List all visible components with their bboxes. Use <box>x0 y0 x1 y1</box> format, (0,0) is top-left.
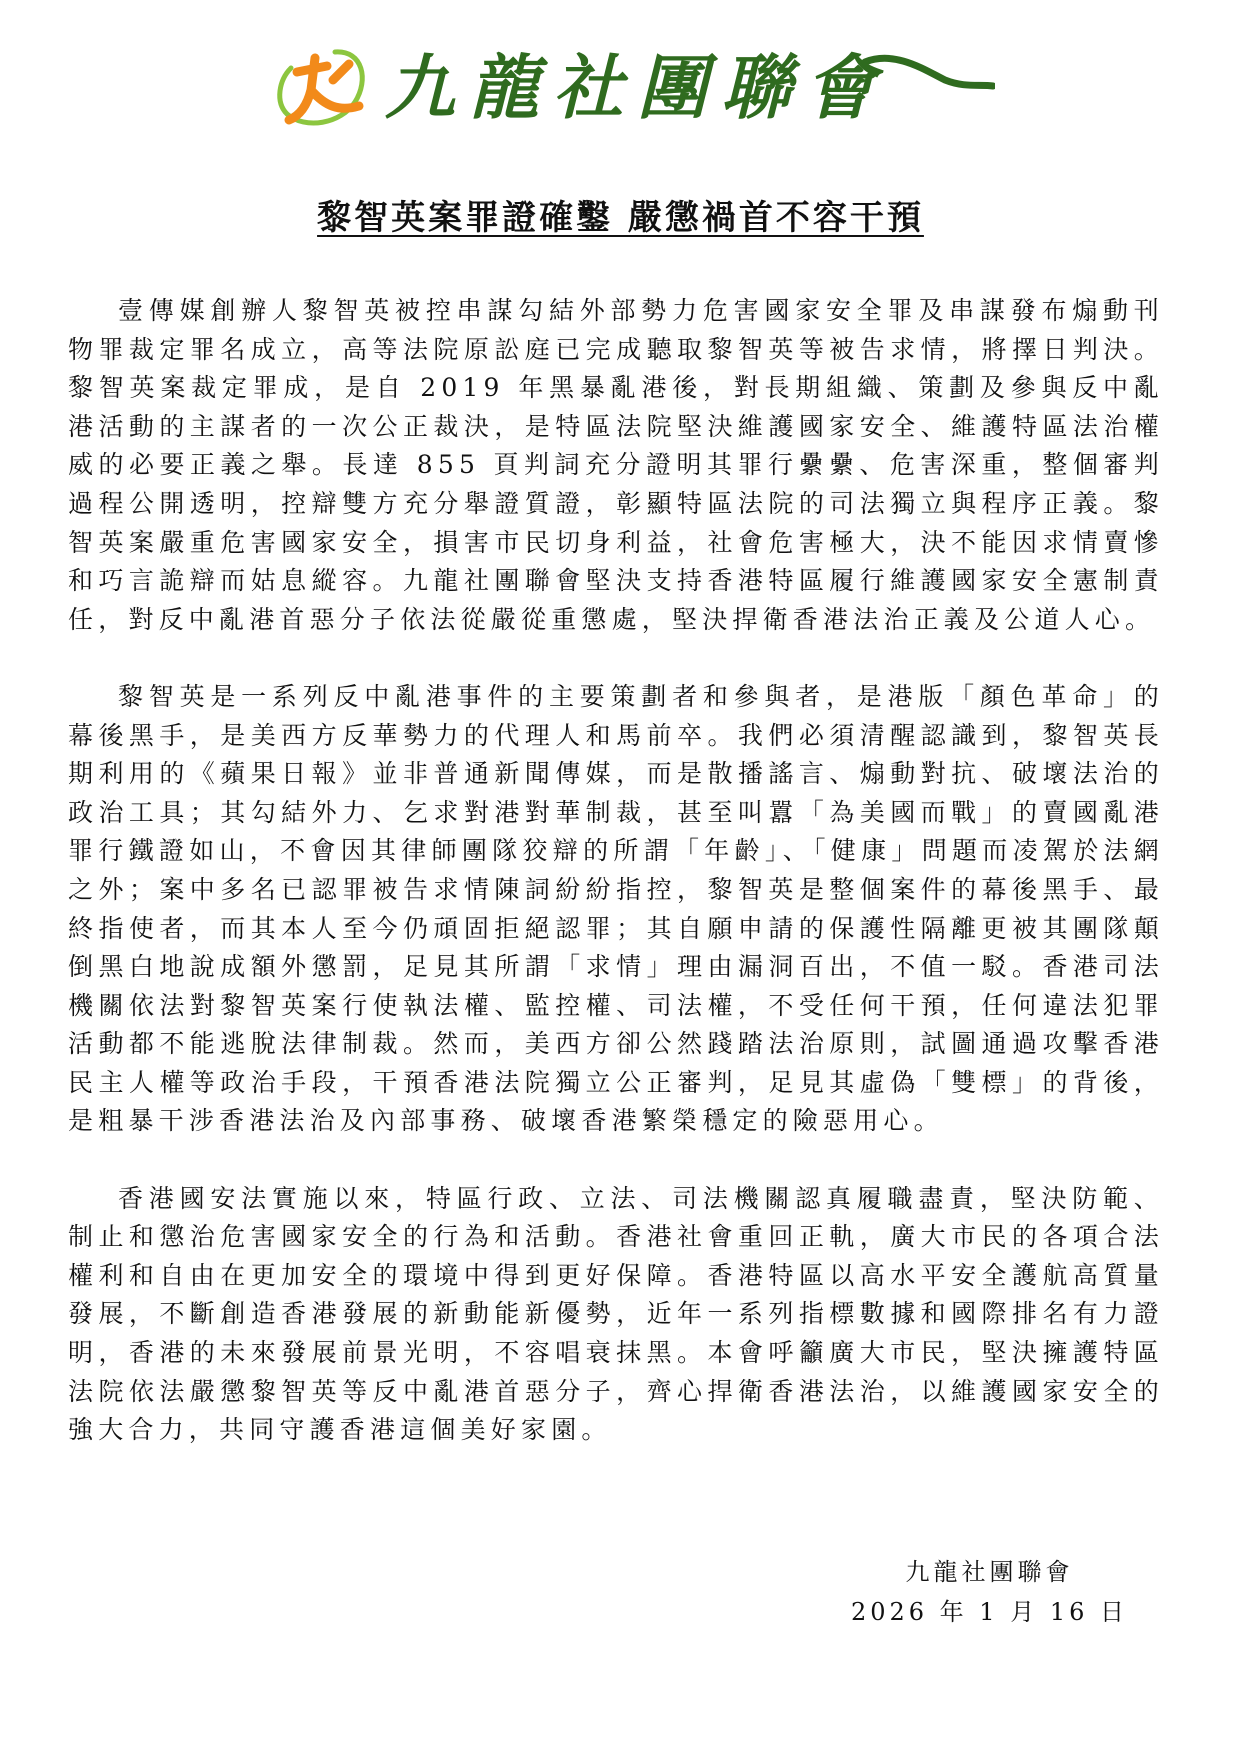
organization-logo-icon <box>275 46 371 130</box>
organization-name-logotype: 九龍社團聯會 <box>385 38 889 148</box>
signature-organization: 九龍社團聯會 <box>851 1552 1128 1592</box>
letterhead: 九龍社團聯會 <box>275 30 975 160</box>
paragraph-3: 香港國安法實施以來，特區行政、立法、司法機關認真履職盡責，堅決防範、制止和懲治危… <box>68 1180 1164 1450</box>
brush-stroke-decoration-icon <box>835 30 995 160</box>
paragraph-1: 壹傳媒創辦人黎智英被控串謀勾結外部勢力危害國家安全罪及串謀發布煽動刊物罪裁定罪名… <box>68 292 1164 639</box>
signature-block: 九龍社團聯會 2026 年 1 月 16 日 <box>851 1552 1128 1632</box>
signature-date: 2026 年 1 月 16 日 <box>851 1592 1128 1632</box>
document-title-text: 黎智英案罪證確鑿 嚴懲禍首不容干預 <box>317 198 924 238</box>
document-title: 黎智英案罪證確鑿 嚴懲禍首不容干預 <box>0 196 1241 240</box>
paragraph-2: 黎智英是一系列反中亂港事件的主要策劃者和參與者，是港版「顏色革命」的幕後黑手，是… <box>68 678 1164 1141</box>
statement-body: 壹傳媒創辦人黎智英被控串謀勾結外部勢力危害國家安全罪及串謀發布煽動刊物罪裁定罪名… <box>68 292 1164 1488</box>
